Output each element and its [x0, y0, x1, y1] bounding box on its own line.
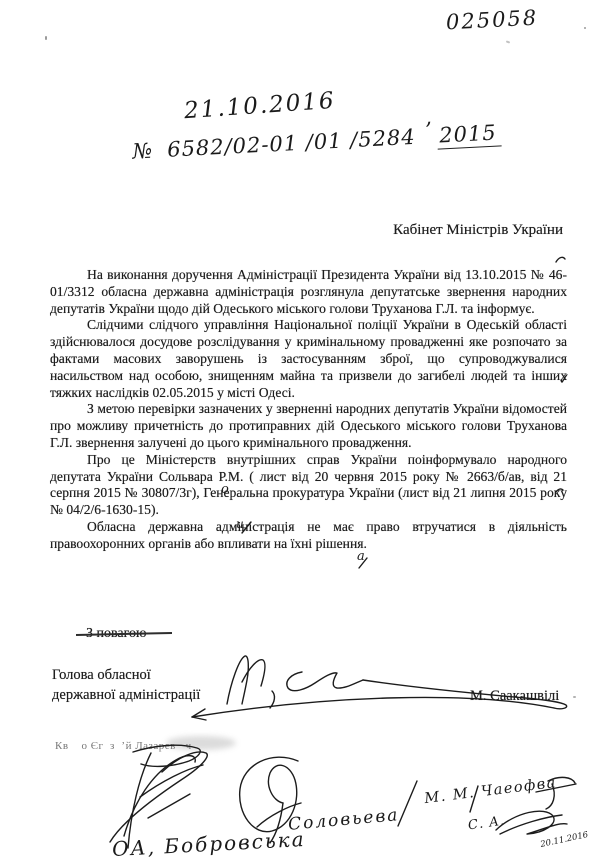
signer-title-line1: Голова обласної — [52, 665, 200, 685]
paragraph-2: Слідчими слідчого управління Національно… — [50, 317, 567, 401]
scan-speck — [584, 27, 586, 29]
correction-letter-y: и — [236, 517, 244, 531]
paragraph-4: Про це Міністерств внутрішних справ Укра… — [50, 452, 567, 519]
signature-right-date-handwritten: 20.11.2016 — [539, 830, 589, 850]
paragraph-1: На виконання доручення Адміністрації Пре… — [50, 267, 567, 317]
paragraph-3: З метою перевірки зазначених у зверненні… — [50, 401, 567, 451]
letter-body: На виконання доручення Адміністрації Пре… — [50, 267, 567, 553]
ref-separator: ’ — [425, 118, 434, 142]
signer-name: М. Саакашвілі — [470, 688, 559, 705]
ref-number: 6582/02-01 /01 /5284 — [167, 125, 417, 162]
scan-speck — [45, 36, 47, 40]
outgoing-date-handwritten: 21.10.2016 — [183, 88, 336, 125]
margin-mark — [556, 257, 565, 262]
arrowhead — [192, 709, 206, 720]
ref-year-underlined: 2015 — [437, 120, 502, 149]
ink-smudge — [166, 736, 236, 750]
margin-checkmark-handwritten: ✓ — [557, 370, 571, 389]
scan-speck — [506, 40, 510, 43]
correction-letter-o: о — [221, 482, 229, 497]
addressee: Кабінет Міністрів України — [393, 222, 563, 239]
ref-prefix: № — [132, 139, 154, 164]
correction-letter-a: а — [357, 549, 365, 564]
signer-title: Голова обласної державної адміністрації — [52, 665, 200, 705]
registration-number-handwritten: 025058 — [445, 6, 538, 35]
paragraph-5: Обласна державна адміністрація не має пр… — [50, 519, 567, 553]
scan-speck — [573, 696, 576, 698]
signature-center-initials-handwritten: С. А. — [467, 813, 506, 833]
signature-bottom-name-handwritten: ОА, Бобровська — [112, 827, 307, 861]
signature-right-name-handwritten: М. М. Чаеофва — [424, 775, 558, 807]
signer-title-line2: державної адміністрації — [52, 685, 200, 705]
document-page: 025058 21.10.2016 №6582/02-01 /01 /5284’… — [0, 0, 599, 863]
